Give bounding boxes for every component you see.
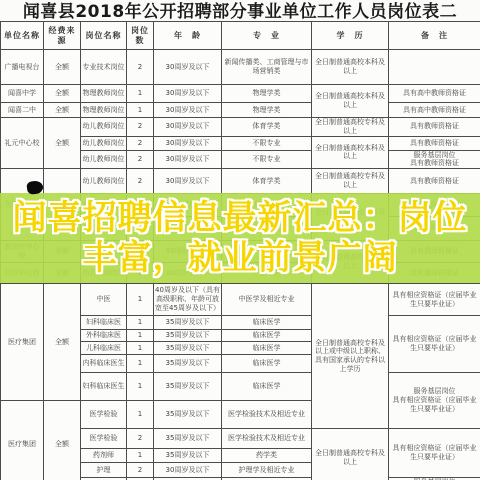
table-head: 单位名称经费来源岗位名称岗位数年 龄专 业学 历备 注 bbox=[1, 22, 480, 50]
table-cell: 物理学类 bbox=[222, 85, 312, 103]
table-cell: 40周岁及以下（具有高级职称、年龄可放宽至45周岁及以下） bbox=[154, 284, 222, 316]
table-cell: 30周岁及以下 bbox=[154, 150, 222, 169]
table-cell: 35周岁及以下 bbox=[154, 330, 222, 342]
table-cell: 1 bbox=[127, 342, 154, 355]
table-cell: 医学检验技术及相近专业 bbox=[222, 429, 312, 449]
table-header-cell: 学 历 bbox=[312, 22, 389, 50]
table-cell: 30周岁及以下 bbox=[154, 118, 222, 137]
table-cell: 1 bbox=[127, 373, 154, 401]
table-cell: 35周岁及以下 bbox=[154, 429, 222, 449]
table-cell: 不限专业 bbox=[222, 136, 312, 150]
table-cell: 35周岁及以下 bbox=[154, 355, 222, 373]
table-cell: 体育学类 bbox=[222, 118, 312, 137]
table-cell: 医学检验 bbox=[81, 401, 127, 429]
table-cell: 闻喜中学 bbox=[1, 85, 44, 103]
table-cell: 35周岁及以下 bbox=[154, 449, 222, 463]
table-cell: 全额 bbox=[44, 103, 81, 118]
table-cell: 临床医学 bbox=[222, 330, 312, 342]
table-cell: 全额 bbox=[44, 401, 81, 480]
table-cell: 中医学及相近专业 bbox=[222, 284, 312, 316]
table-cell: 妇科临床医 bbox=[81, 316, 127, 330]
table-cell: 1 bbox=[127, 85, 154, 103]
table-cell: 2 bbox=[127, 150, 154, 169]
table-header-cell: 岗位名称 bbox=[81, 22, 127, 50]
table-cell: 具有教师资格证 bbox=[389, 136, 480, 150]
table-cell: 2 bbox=[127, 136, 154, 150]
table-cell: 1 bbox=[127, 103, 154, 118]
table-cell: 全日制普通高校本科及以上 bbox=[312, 50, 389, 85]
table-cell: 全额 bbox=[44, 50, 81, 85]
table-cell: 全额 bbox=[44, 85, 81, 103]
table-cell: 具有相应资格证（应届毕业生只要毕业证） bbox=[389, 316, 480, 373]
table-cell bbox=[389, 50, 480, 85]
table-cell: 35周岁及以下 bbox=[154, 316, 222, 330]
table-cell: 1 bbox=[127, 284, 154, 316]
table-cell: 35周岁及以下 bbox=[154, 342, 222, 355]
table-cell: 2 bbox=[127, 169, 154, 194]
table-cell: 幼儿教师岗位 bbox=[81, 136, 127, 150]
table-header-row: 单位名称经费来源岗位名称岗位数年 龄专 业学 历备 注 bbox=[1, 22, 480, 50]
table-cell: 广播电视台 bbox=[1, 50, 44, 85]
table-row: 闻喜中学全额物理教师岗位130周岁及以下物理学类全日制普通高校本科及以上具有高中… bbox=[1, 85, 480, 103]
table-cell: 30周岁及以下 bbox=[154, 103, 222, 118]
table-cell: 1 bbox=[127, 316, 154, 330]
table-cell: 医学检验 bbox=[81, 429, 127, 449]
table-header-cell: 单位名称 bbox=[1, 22, 44, 50]
table-cell: 2 bbox=[127, 50, 154, 85]
table-cell: 2 bbox=[127, 429, 154, 449]
table-cell: 临床医学 bbox=[222, 316, 312, 330]
table-cell: 30周岁及以下 bbox=[154, 136, 222, 150]
table-cell: 不限专业 bbox=[222, 150, 312, 169]
table-cell: 2 bbox=[127, 463, 154, 478]
table-cell: 医疗集团 bbox=[1, 401, 44, 480]
page-title: 闻喜县2018年公开招聘部分事业单位工作人员岗位表二 bbox=[0, 0, 480, 22]
banner-text-line2: 丰富，就业前景广阔 bbox=[83, 238, 398, 278]
table-row: 东镇中心校全额幼儿教师岗位230周岁及以下体育学类全日制普通高校专科及以上具有教… bbox=[1, 169, 480, 194]
table-cell: 临床医学 bbox=[222, 355, 312, 373]
table-cell: 30周岁及以下 bbox=[154, 50, 222, 85]
table-cell: 儿科临床医 bbox=[81, 342, 127, 355]
table-cell: 物理学类 bbox=[222, 103, 312, 118]
table-cell: 内科临床医生 bbox=[81, 355, 127, 373]
table-cell: 具有高中教师资格证 bbox=[389, 85, 480, 103]
table-cell: 护理 bbox=[81, 463, 127, 478]
table-cell: 全日制普通高校专科及以上 bbox=[312, 118, 389, 137]
table-cell: 外科临床医 bbox=[81, 330, 127, 342]
table-cell: 1 bbox=[127, 449, 154, 463]
table-cell: 全额 bbox=[44, 284, 81, 401]
page: { "page_title": "闻喜县2018年公开招聘部分事业单位工作人员岗… bbox=[0, 0, 480, 480]
table-cell: 具有高中教师资格证 bbox=[389, 103, 480, 118]
table-cell: 具有相应资格证（应届毕业生只要毕业证） bbox=[389, 429, 480, 478]
table-cell: 2 bbox=[127, 118, 154, 137]
table-cell: 幼儿教师岗位 bbox=[81, 150, 127, 169]
banner-text-line1: 闻喜招聘信息最新汇总：岗位 bbox=[13, 198, 468, 238]
table-cell: 35周岁及以下 bbox=[154, 373, 222, 401]
table-header-cell: 岗位数 bbox=[127, 22, 154, 50]
table-row: 医疗集团全额中医140周岁及以下（具有高级职称、年龄可放宽至45周岁及以下）中医… bbox=[1, 284, 480, 316]
table-cell: 1 bbox=[127, 401, 154, 429]
table-cell: 1 bbox=[127, 330, 154, 342]
table-cell: 全日制普通高校本科及以上 bbox=[312, 136, 389, 169]
table-cell: 35周岁及以下 bbox=[154, 401, 222, 429]
table-cell: 妇科临床医生 bbox=[81, 373, 127, 401]
table-cell: 临床医学 bbox=[222, 342, 312, 355]
table-cell: 服务基层岗位 具有教师资格证 bbox=[389, 150, 480, 169]
table-header-cell: 专 业 bbox=[222, 22, 312, 50]
table-row: 闻喜二中全额物理教师岗位130周岁及以下物理学类具有高中教师资格证 bbox=[1, 103, 480, 118]
table-cell: 护理学及相近专业 bbox=[222, 463, 312, 478]
table-cell: 30周岁及以下 bbox=[154, 463, 222, 478]
table-cell: 药剂师 bbox=[81, 449, 127, 463]
table-cell: 全额 bbox=[44, 118, 81, 169]
table-cell: 服务基层岗位 具有相应资格证（应届毕业生只要毕业证） bbox=[389, 373, 480, 429]
table-cell: 药学类 bbox=[222, 449, 312, 463]
table-header-cell: 年 龄 bbox=[154, 22, 222, 50]
table-cell: 幼儿教师岗位 bbox=[81, 169, 127, 194]
table-cell: 体育学类 bbox=[222, 169, 312, 194]
table-row: 广播电视台全额专业技术岗位230周岁及以下新闻传播类、工商管理与市场营销类全日制… bbox=[1, 50, 480, 85]
promo-banner: 闻喜招聘信息最新汇总：岗位 丰富，就业前景广阔 bbox=[0, 193, 480, 283]
table-cell: 全日制普通高校专科及以上 bbox=[312, 429, 389, 480]
table-cell: 具有教师资格证 bbox=[389, 169, 480, 194]
table-cell: 幼儿教师岗位 bbox=[81, 118, 127, 137]
table-cell: 礼元中心校 bbox=[1, 118, 44, 169]
table-cell: 临床医学 bbox=[222, 373, 312, 401]
table-cell: 全日制普通高校专科及以上或中级以上职称、具有国家承认的专科以上学历 bbox=[312, 284, 389, 429]
table-header-cell: 备 注 bbox=[389, 22, 480, 50]
table-cell: 物理教师岗位 bbox=[81, 103, 127, 118]
table-cell: 1 bbox=[127, 355, 154, 373]
table-cell: 新闻传播类、工商管理与市场营销类 bbox=[222, 50, 312, 85]
table-cell: 物理教师岗位 bbox=[81, 85, 127, 103]
table-header-cell: 经费来源 bbox=[44, 22, 81, 50]
table-cell: 具有相应资格证（应届毕业生只要毕业证） bbox=[389, 284, 480, 316]
table-cell: 闻喜二中 bbox=[1, 103, 44, 118]
table-cell: 全日制普通高校本科及以上 bbox=[312, 85, 389, 118]
table-cell: 30周岁及以下 bbox=[154, 169, 222, 194]
table-row: 礼元中心校全额幼儿教师岗位230周岁及以下体育学类全日制普通高校专科及以上具有教… bbox=[1, 118, 480, 137]
table-cell: 中医 bbox=[81, 284, 127, 316]
table-cell: 专业技术岗位 bbox=[81, 50, 127, 85]
table-cell: 30周岁及以下 bbox=[154, 85, 222, 103]
table-cell: 医学检验技术及相近专业 bbox=[222, 401, 312, 429]
table-cell: 具有教师资格证 bbox=[389, 118, 480, 137]
table-cell: 医疗集团 bbox=[1, 284, 44, 401]
table-cell: 全日制普通高校专科及以上 bbox=[312, 169, 389, 194]
